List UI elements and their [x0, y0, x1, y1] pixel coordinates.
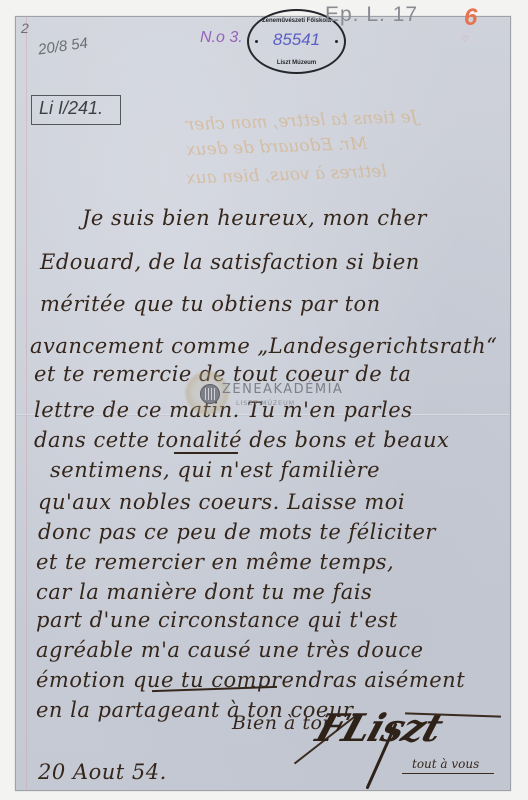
red-page-mark: 6 [464, 4, 477, 32]
letter-line: Je suis bien heureux, mon cher [82, 206, 427, 230]
zeneakademia-watermark: ZENEAKADÉMIA LISZT MÚZEUM [178, 370, 343, 430]
letter-line: méritée que tu obtiens par ton [40, 292, 381, 316]
letter-line: part d'une circonstance qui t'est [36, 608, 398, 632]
closing: Bien à toi [232, 712, 329, 734]
letter-line: émotion que tu comprendras aisément [36, 668, 465, 692]
letter-line: dans cette tonalité des bons et beaux [34, 428, 449, 452]
archive-reference: Li I/241. [39, 98, 103, 119]
archive-reference-box: Li I/241. [31, 95, 121, 125]
stamp-number: 85541 [249, 30, 344, 50]
bleed-through-line: lettres à vous, bien aux [186, 162, 387, 189]
underline-tonalite [174, 452, 238, 454]
letter-line: et te remercier en même temps, [36, 550, 394, 574]
page-number: 2 [21, 20, 29, 36]
letter-line: qu'aux nobles coeurs. Laisse moi [38, 490, 405, 514]
letter-line: car la manière dont tu me fais [36, 580, 372, 604]
ep-reference: Ep. L. 17 [325, 3, 418, 27]
bleed-through-line: Je tiens ta lettre, mon cher [186, 107, 418, 135]
watermark-title: ZENEAKADÉMIA [222, 382, 343, 397]
letter-line: donc pas ce peu de mots te féliciter [38, 520, 436, 544]
stamp-dot [335, 40, 338, 43]
signature: FLiszt [311, 705, 448, 750]
letter-date: 20 Aout 54. [38, 760, 167, 784]
stamp-bottom-text: Liszt Múzeum [249, 60, 344, 66]
pink-heart-mark: ♡ [461, 35, 469, 45]
lyre-icon [200, 384, 220, 404]
signature-dash [402, 773, 494, 774]
margin-line [26, 17, 27, 790]
letter-line: Edouard, de la satisfaction si bien [40, 250, 420, 274]
violet-number: N.o 3. [200, 29, 243, 47]
letter-line: avancement comme „Landesgerichtsrath“ [30, 334, 497, 358]
watermark-subtitle: LISZT MÚZEUM [236, 399, 295, 407]
letter-line: sentimens, qui n'est familière [50, 458, 380, 482]
letter-line: agréable m'a causé une très douce [36, 638, 424, 662]
bleed-through-line: Mr. Edouard de deux [186, 134, 368, 160]
signature-note: tout à vous [412, 757, 479, 771]
